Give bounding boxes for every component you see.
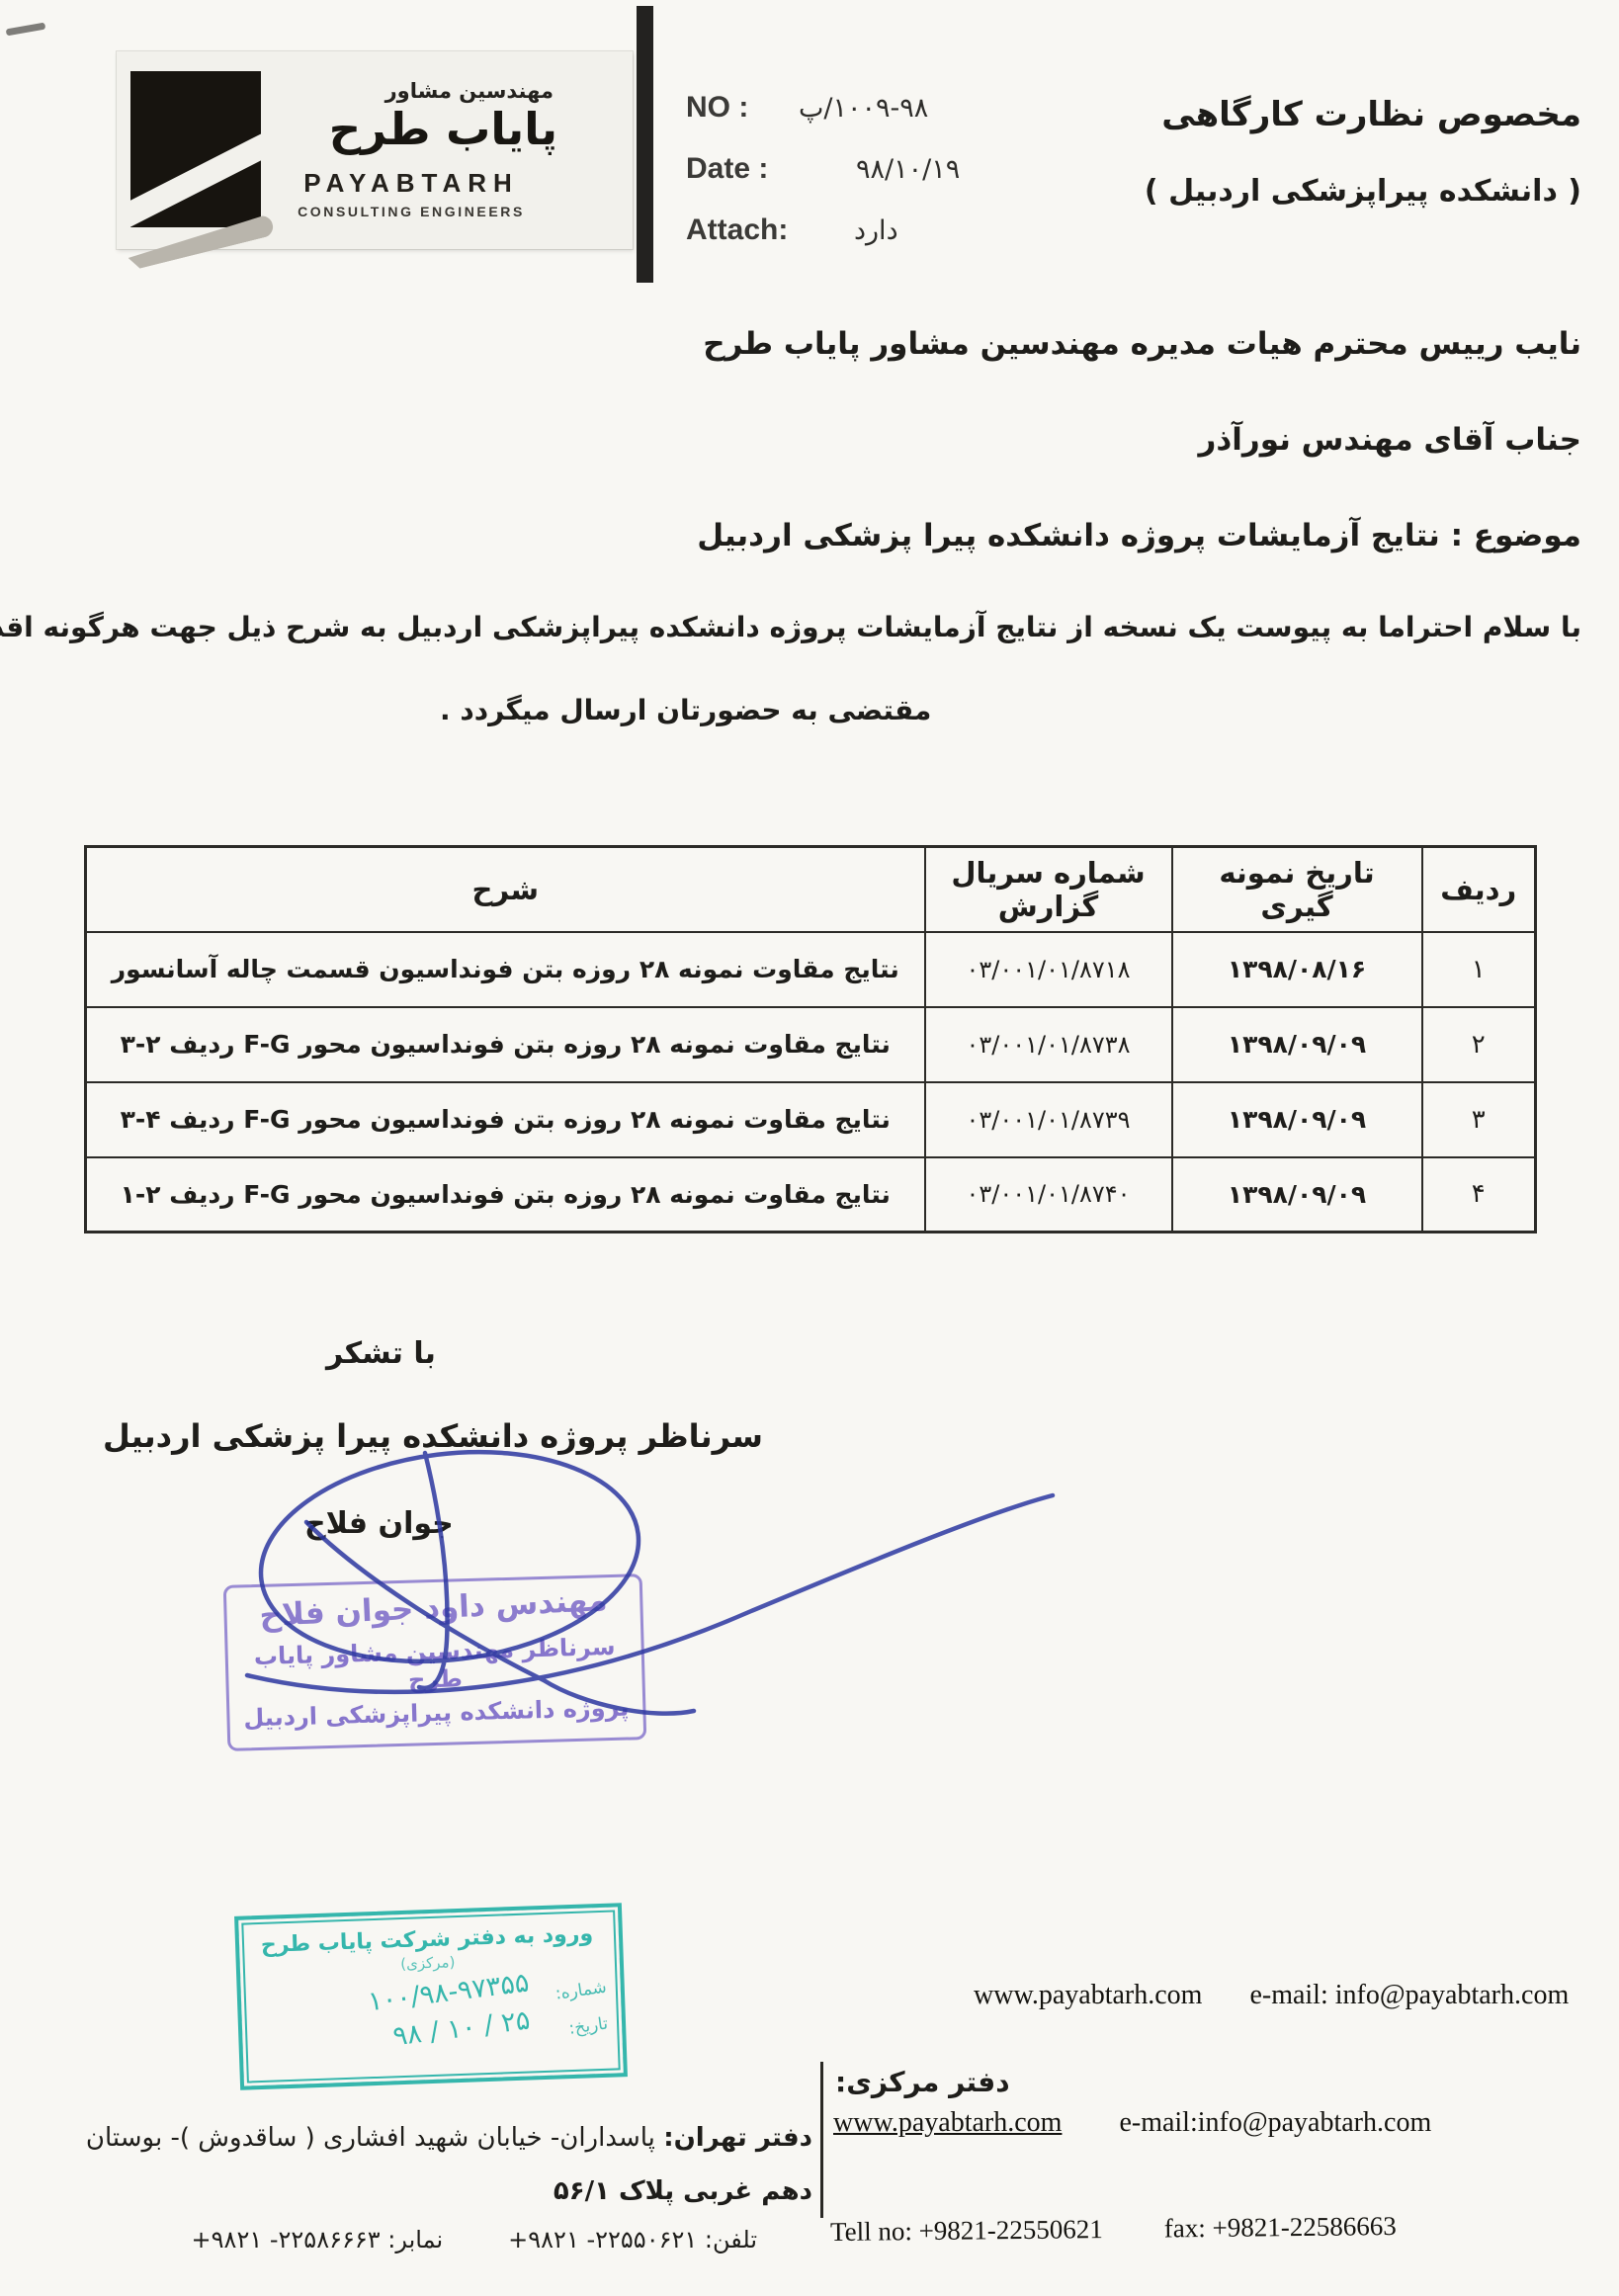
date-label: Date : xyxy=(686,152,793,186)
addressee-line1: نایب رییس محترم هیات مدیره مهندسین مشاور… xyxy=(697,326,1581,362)
meta-no-line: NO : ۱۰۰۹-۹۸/پ xyxy=(686,91,1101,152)
cell-serial-no: ۰۳/۰۰۱/۰۱/۸۷۳۹ xyxy=(925,1082,1172,1157)
scan-artifact xyxy=(6,23,46,37)
cell-sample-date: ۱۳۹۸/۰۹/۰۹ xyxy=(1172,1157,1422,1233)
letterhead-divider-bar xyxy=(637,6,653,283)
company-logo-icon xyxy=(130,71,261,227)
fax-number: fax: +9821-22586663 xyxy=(1164,2211,1397,2244)
cell-sample-date: ۱۳۹۸/۰۹/۰۹ xyxy=(1172,1007,1422,1082)
table-header-row: ردیف تاریخ نمونه گیری شماره سریال گزارش … xyxy=(86,847,1536,932)
table-row: ۳ ۱۳۹۸/۰۹/۰۹ ۰۳/۰۰۱/۰۱/۸۷۳۹ نتایج مقاوت … xyxy=(86,1082,1536,1157)
logo-swoosh-shape xyxy=(130,121,261,227)
cell-description: نتایج مقاوت نمونه ۲۸ روزه بتن فونداسیون … xyxy=(86,1082,925,1157)
cell-serial-no: ۰۳/۰۰۱/۰۱/۸۷۳۸ xyxy=(925,1007,1172,1082)
entry-stamp-date-label: تاریخ: xyxy=(544,2014,609,2043)
header-description: شرح xyxy=(86,847,925,932)
cell-sample-date: ۱۳۹۸/۰۹/۰۹ xyxy=(1172,1082,1422,1157)
table-row: ۴ ۱۳۹۸/۰۹/۰۹ ۰۳/۰۰۱/۰۱/۸۷۴۰ نتایج مقاوت … xyxy=(86,1157,1536,1233)
purpose-line1: مخصوص نظارت کارگاهی xyxy=(1145,95,1581,134)
table-row: ۱ ۱۳۹۸/۰۸/۱۶ ۰۳/۰۰۱/۰۱/۸۷۱۸ نتایج مقاوت … xyxy=(86,932,1536,1007)
entry-stamp-number-label: شماره: xyxy=(543,1978,608,2006)
cell-description: نتایج مقاوت نمونه ۲۸ روزه بتن فونداسیون … xyxy=(86,932,925,1007)
scanned-letter-page: مهندسین مشاور پایاب طرح PAYABTARH CONSUL… xyxy=(0,0,1619,2296)
telephone-number: Tell no: +9821-22550621 xyxy=(830,2214,1103,2248)
office-entry-stamp: ورود به دفتر شرکت پایاب طرح (مرکزی) شمار… xyxy=(234,1903,628,2090)
subject-line: موضوع : نتایج آزمایشات پروژه دانشکده پیر… xyxy=(697,518,1581,553)
address-line2: دهم غربی پلاک ۵۶/۱ xyxy=(97,2176,812,2206)
tehran-office-address: دفتر تهران: پاسداران- خیابان شهید افشاری… xyxy=(97,2123,812,2206)
brand-en: PAYABTARH xyxy=(265,168,557,199)
cell-description: نتایج مقاوت نمونه ۲۸ روزه بتن فونداسیون … xyxy=(86,1157,925,1233)
email-address: e-mail: info@payabtarh.com xyxy=(1249,1980,1569,2011)
entry-stamp-date-row: تاریخ: ۹۸ / ۱۰ / ۲۵ xyxy=(252,2008,609,2052)
footer-phone-line-en: Tell no: +9821-22550621 fax: +9821-22586… xyxy=(830,2211,1397,2248)
cell-row-no: ۲ xyxy=(1422,1007,1536,1082)
body-paragraph-line1: با سلام احتراما به پیوست یک نسخه از نتای… xyxy=(89,611,1581,643)
company-logo-card: مهندسین مشاور پایاب طرح PAYABTARH CONSUL… xyxy=(117,51,633,249)
cell-sample-date: ۱۳۹۸/۰۸/۱۶ xyxy=(1172,932,1422,1007)
addressee-line2: جناب آقای مهندس نورآذر xyxy=(697,422,1581,458)
central-office-label: دفتر مرکزی: xyxy=(835,2066,1010,2098)
table-row: ۲ ۱۳۹۸/۰۹/۰۹ ۰۳/۰۰۱/۰۱/۸۷۳۸ نتایج مقاوت … xyxy=(86,1007,1536,1082)
footer-web-line-bottom: www.payabtarh.com e-mail:info@payabtarh.… xyxy=(833,2107,1431,2139)
meta-attach-line: Attach: دارد xyxy=(686,213,1101,275)
purpose-line2: ( دانشکده پیراپزشکی اردبیل ) xyxy=(1145,174,1581,209)
no-value: ۱۰۰۹-۹۸/پ xyxy=(799,93,928,124)
body-paragraph-line2: مقتضی به حضورتان ارسال میگردد . xyxy=(440,694,931,726)
addressee-block: نایب رییس محترم هیات مدیره مهندسین مشاور… xyxy=(697,326,1581,614)
footer-web-line-top: www.payabtarh.com e-mail: info@payabtarh… xyxy=(974,1980,1619,2011)
footer-phone-line-fa: تلفن: ۲۲۵۵۰۶۲۱- ۹۸۲۱+ نمابر: ۲۲۵۸۶۶۶۳- ۹… xyxy=(97,2226,757,2253)
telephone-number-fa: تلفن: ۲۲۵۵۰۶۲۱- ۹۸۲۱+ xyxy=(508,2226,757,2253)
date-value: ۹۸/۱۰/۱۹ xyxy=(856,154,960,185)
cell-serial-no: ۰۳/۰۰۱/۰۱/۸۷۴۰ xyxy=(925,1157,1172,1233)
cell-row-no: ۱ xyxy=(1422,932,1536,1007)
footer-divider xyxy=(820,2062,823,2218)
brand-fa-big: پایاب طرح xyxy=(329,103,557,155)
letter-purpose-heading: مخصوص نظارت کارگاهی ( دانشکده پیراپزشکی … xyxy=(1145,95,1581,209)
cell-row-no: ۴ xyxy=(1422,1157,1536,1233)
tehran-office-label: دفتر تهران: xyxy=(663,2123,812,2153)
brand-en-sub: CONSULTING ENGINEERS xyxy=(265,204,557,219)
cell-serial-no: ۰۳/۰۰۱/۰۱/۸۷۱۸ xyxy=(925,932,1172,1007)
meta-date-line: Date : ۹۸/۱۰/۱۹ xyxy=(686,152,1101,213)
header-serial-no: شماره سریال گزارش xyxy=(925,847,1172,932)
tehran-office-street: پاسداران- خیابان شهید افشاری ( ساقدوش )-… xyxy=(86,2123,663,2153)
test-results-table: ردیف تاریخ نمونه گیری شماره سریال گزارش … xyxy=(84,845,1537,1233)
cell-description: نتایج مقاوت نمونه ۲۸ روزه بتن فونداسیون … xyxy=(86,1007,925,1082)
no-label: NO : xyxy=(686,91,793,125)
brand-fa-small: مهندسین مشاور xyxy=(385,79,554,103)
cell-row-no: ۳ xyxy=(1422,1082,1536,1157)
website-url: www.payabtarh.com xyxy=(974,1980,1202,2011)
website-url: www.payabtarh.com xyxy=(833,2107,1062,2139)
header-row-no: ردیف xyxy=(1422,847,1536,932)
entry-stamp-number-row: شماره: ۱۰۰/۹۸-۹۷۳۵۵ xyxy=(250,1972,607,2015)
header-sample-date: تاریخ نمونه گیری xyxy=(1172,847,1422,932)
attach-value: دارد xyxy=(854,215,898,246)
closing-thanks: با تشکر xyxy=(326,1336,436,1371)
handwritten-signature xyxy=(138,1384,1127,1779)
letter-meta: NO : ۱۰۰۹-۹۸/پ Date : ۹۸/۱۰/۱۹ Attach: د… xyxy=(686,91,1101,275)
brand-text-block: مهندسین مشاور پایاب طرح PAYABTARH CONSUL… xyxy=(265,51,557,249)
email-address: e-mail:info@payabtarh.com xyxy=(1119,2107,1431,2139)
fax-number-fa: نمابر: ۲۲۵۸۶۶۶۳- ۹۸۲۱+ xyxy=(192,2226,444,2253)
attach-label: Attach: xyxy=(686,213,793,247)
address-line1: دفتر تهران: پاسداران- خیابان شهید افشاری… xyxy=(97,2123,812,2153)
